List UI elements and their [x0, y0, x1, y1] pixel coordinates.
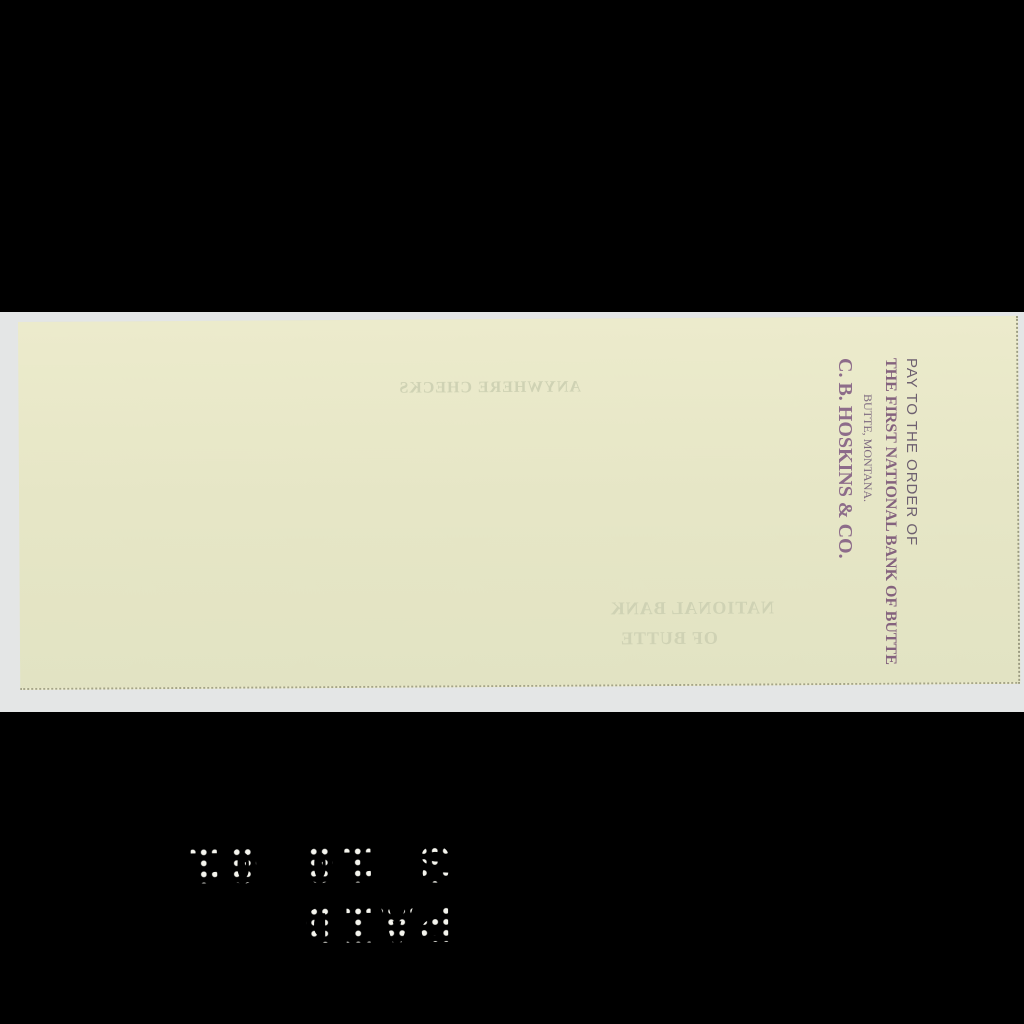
stamp-endorser: C. B. HOSKINS & CO.: [833, 358, 856, 688]
perforation-line-1: PAID: [131, 889, 451, 951]
perforated-cancellation: PAID 3 10 01: [131, 789, 452, 951]
stamp-bank-name: THE FIRST NATIONAL BANK OF BUTTE: [881, 358, 899, 688]
bleed-through-text: ANYWHERE CHECKS: [398, 379, 581, 398]
perforation-line-2: 3 10 01: [131, 829, 451, 891]
bleed-through-text: NATIONAL BANK: [610, 597, 774, 619]
stamp-pay-to-line: PAY TO THE ORDER OF: [903, 358, 920, 688]
bleed-through-text: OF BUTTE: [620, 628, 718, 650]
stamp-location: BUTTE, MONTANA.: [860, 394, 875, 688]
endorsement-stamp: PAY TO THE ORDER OF THE FIRST NATIONAL B…: [770, 358, 920, 688]
